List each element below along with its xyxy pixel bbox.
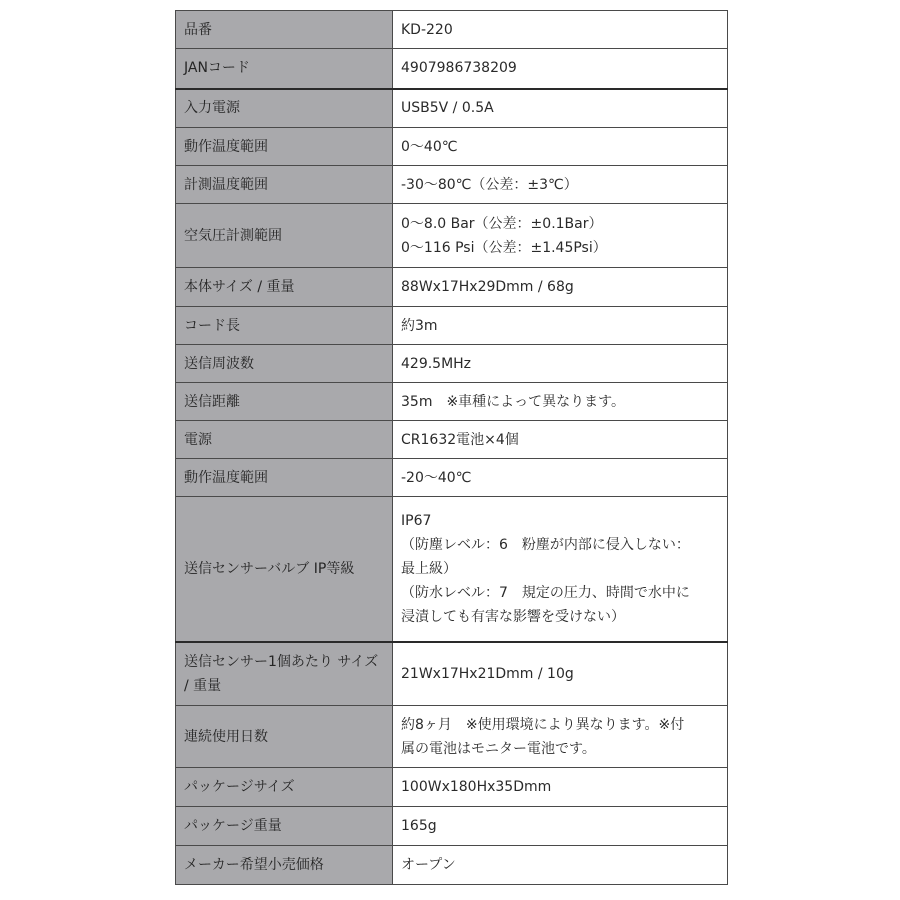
spec-value-line: 165g: [401, 814, 719, 838]
spec-value: 165g: [393, 807, 728, 846]
spec-value-line: 100Wx180Hx35Dmm: [401, 775, 719, 799]
spec-label: 動作温度範囲: [176, 128, 393, 166]
spec-value: オープン: [393, 846, 728, 885]
spec-row-sensor-size: 送信センサー1個あたり サイズ / 重量 21Wx17Hx21Dmm / 10g: [176, 642, 728, 706]
spec-value-line: KD-220: [401, 18, 719, 42]
spec-row-input-power: 入力電源 USB5V / 0.5A: [176, 89, 728, 128]
spec-row-measure-temp: 計測温度範囲 -30～80℃（公差：±3℃）: [176, 166, 728, 204]
spec-value-line: -30～80℃（公差：±3℃）: [401, 173, 719, 197]
spec-value-line: （防水レベル：7 規定の圧力、時間で水中に: [401, 581, 719, 605]
spec-value-line: オープン: [401, 853, 719, 877]
spec-row-ip-rating: 送信センサーバルブ IP等級 IP67 （防塵レベル：6 粉塵が内部に侵入しない…: [176, 497, 728, 642]
spec-value: 0～8.0 Bar（公差：±0.1Bar） 0～116 Psi（公差：±1.45…: [393, 204, 728, 268]
spec-label: 送信距離: [176, 383, 393, 421]
spec-value: 約3m: [393, 307, 728, 345]
spec-label: 動作温度範囲: [176, 459, 393, 497]
spec-value: 0～40℃: [393, 128, 728, 166]
spec-row-package-size: パッケージサイズ 100Wx180Hx35Dmm: [176, 768, 728, 807]
spec-label: 送信周波数: [176, 345, 393, 383]
spec-label: 本体サイズ / 重量: [176, 268, 393, 307]
spec-value: 4907986738209: [393, 49, 728, 89]
spec-label: 送信センサーバルブ IP等級: [176, 497, 393, 642]
spec-value-line: 88Wx17Hx29Dmm / 68g: [401, 275, 719, 299]
spec-row-operating-temp: 動作温度範囲 0～40℃: [176, 128, 728, 166]
spec-row-retail-price: メーカー希望小売価格 オープン: [176, 846, 728, 885]
spec-row-pressure-range: 空気圧計測範囲 0～8.0 Bar（公差：±0.1Bar） 0～116 Psi（…: [176, 204, 728, 268]
spec-value-line: USB5V / 0.5A: [401, 96, 719, 120]
spec-row-jan-code: JANコード 4907986738209: [176, 49, 728, 89]
spec-value-line: 浸漬しても有害な影響を受けない）: [401, 605, 719, 629]
spec-row-transmit-distance: 送信距離 35m ※車種によって異なります。: [176, 383, 728, 421]
spec-label: メーカー希望小売価格: [176, 846, 393, 885]
spec-value: IP67 （防塵レベル：6 粉塵が内部に侵入しない： 最上級） （防水レベル：7…: [393, 497, 728, 642]
spec-value: 35m ※車種によって異なります。: [393, 383, 728, 421]
spec-value-line: 21Wx17Hx21Dmm / 10g: [401, 662, 719, 686]
spec-row-body-size: 本体サイズ / 重量 88Wx17Hx29Dmm / 68g: [176, 268, 728, 307]
spec-value-line: 約3m: [401, 314, 719, 338]
spec-value: 100Wx180Hx35Dmm: [393, 768, 728, 807]
spec-label: 連続使用日数: [176, 706, 393, 768]
spec-value: -20～40℃: [393, 459, 728, 497]
spec-value-line: 4907986738209: [401, 56, 719, 80]
spec-value-line: 約8ヶ月 ※使用環境により異なります。※付: [401, 713, 719, 737]
spec-table: 品番 KD-220 JANコード 4907986738209 入力電源 USB5…: [175, 10, 728, 885]
spec-value-line: IP67: [401, 509, 719, 533]
spec-value: 429.5MHz: [393, 345, 728, 383]
spec-row-power-source: 電源 CR1632電池×4個: [176, 421, 728, 459]
spec-label: パッケージ重量: [176, 807, 393, 846]
spec-label: JANコード: [176, 49, 393, 89]
spec-value-line: 35m ※車種によって異なります。: [401, 390, 719, 414]
spec-label: 品番: [176, 11, 393, 49]
spec-value: 21Wx17Hx21Dmm / 10g: [393, 642, 728, 706]
spec-label: 送信センサー1個あたり サイズ / 重量: [176, 642, 393, 706]
spec-label: 電源: [176, 421, 393, 459]
spec-row-frequency: 送信周波数 429.5MHz: [176, 345, 728, 383]
spec-value: 約8ヶ月 ※使用環境により異なります。※付 属の電池はモニター電池です。: [393, 706, 728, 768]
spec-value: KD-220: [393, 11, 728, 49]
spec-value: CR1632電池×4個: [393, 421, 728, 459]
spec-label: パッケージサイズ: [176, 768, 393, 807]
spec-value-line: CR1632電池×4個: [401, 428, 719, 452]
spec-row-package-weight: パッケージ重量 165g: [176, 807, 728, 846]
spec-value-line: 0～116 Psi（公差：±1.45Psi）: [401, 236, 719, 260]
spec-row-model-number: 品番 KD-220: [176, 11, 728, 49]
spec-table-body: 品番 KD-220 JANコード 4907986738209 入力電源 USB5…: [176, 11, 728, 885]
spec-label: 空気圧計測範囲: [176, 204, 393, 268]
spec-value-line: 最上級）: [401, 557, 719, 581]
spec-label: 計測温度範囲: [176, 166, 393, 204]
spec-label: コード長: [176, 307, 393, 345]
spec-value: USB5V / 0.5A: [393, 89, 728, 128]
spec-value-line: （防塵レベル：6 粉塵が内部に侵入しない：: [401, 533, 719, 557]
spec-label: 入力電源: [176, 89, 393, 128]
spec-value-line: 0～40℃: [401, 135, 719, 159]
spec-row-continuous-use: 連続使用日数 約8ヶ月 ※使用環境により異なります。※付 属の電池はモニター電池…: [176, 706, 728, 768]
spec-row-cord-length: コード長 約3m: [176, 307, 728, 345]
spec-value-line: 属の電池はモニター電池です。: [401, 737, 719, 761]
spec-value-line: -20～40℃: [401, 466, 719, 490]
spec-value: 88Wx17Hx29Dmm / 68g: [393, 268, 728, 307]
spec-row-sensor-operating-temp: 動作温度範囲 -20～40℃: [176, 459, 728, 497]
spec-value-line: 0～8.0 Bar（公差：±0.1Bar）: [401, 212, 719, 236]
spec-value: -30～80℃（公差：±3℃）: [393, 166, 728, 204]
spec-value-line: 429.5MHz: [401, 352, 719, 376]
